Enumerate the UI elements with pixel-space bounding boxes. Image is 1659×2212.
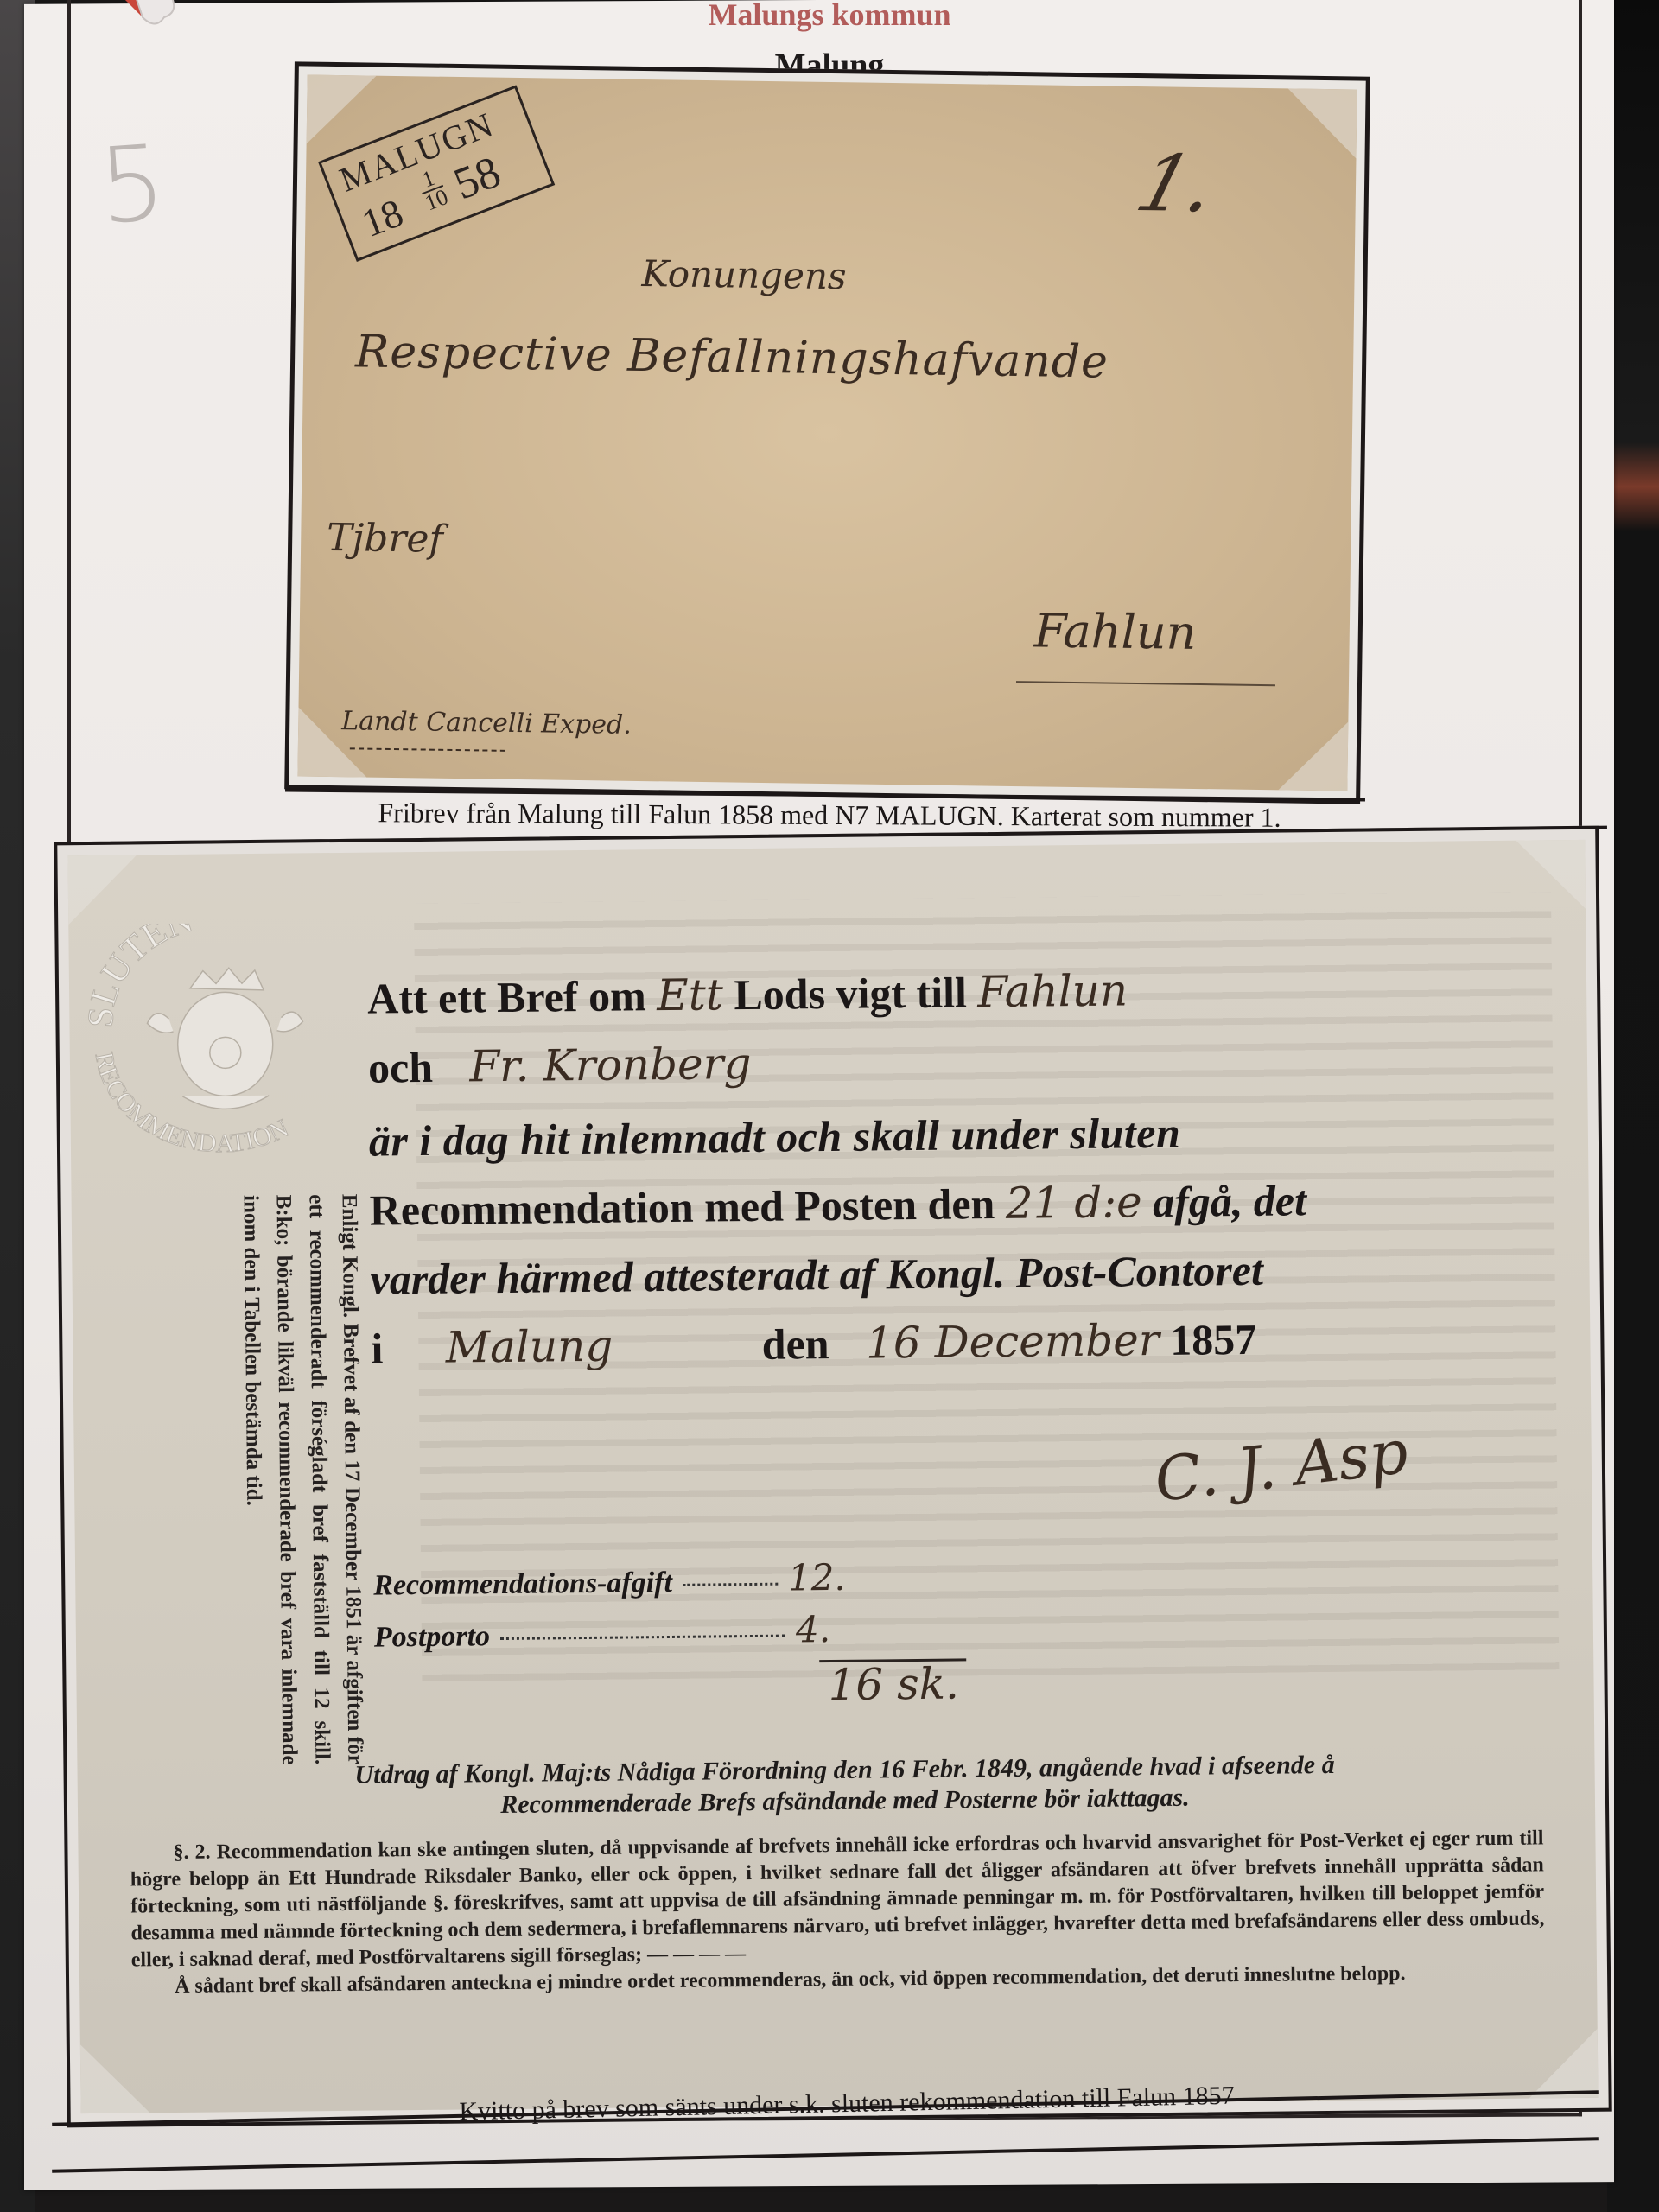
photo-corner [1278,721,1348,791]
form-line: är i dag hit inlemnadt och skall under s… [369,1108,1181,1166]
side-note-text: Enligt Kongl. Brefvet af den 17 December… [234,1194,372,1766]
extract-body: §. 2. Recommendation kan ske antingen sl… [130,1825,1545,2000]
handwritten-fill: Fr. Kronberg [469,1039,752,1091]
region-name: Malungs kommun [0,0,1659,33]
handwritten-fill: 21 d:e [1005,1177,1142,1229]
photo-corner [80,2044,150,2113]
background-right [1607,0,1659,2212]
handwritten-fill: 16 December [866,1315,1160,1369]
cover-mount: MALUGN 18 1 10 58 1. Konungens Respectiv… [284,61,1370,804]
photo-corner [67,855,137,925]
emboss-top-text: SLUTEN [86,922,198,1029]
photo-corner [1287,88,1357,158]
handwritten-fill: Malung [446,1321,613,1373]
embossed-seal-icon: SLUTEN RECOMMENDATION [86,922,356,1166]
underline [350,742,505,752]
cover-caption: Fribrev från Malung till Falun 1858 med … [294,797,1365,834]
extract-paragraph: §. 2. Recommendation kan ske antingen sl… [130,1825,1545,1974]
handwritten-annotation: Tjbref [327,516,443,562]
postmark: MALUGN 18 1 10 58 [318,85,555,262]
svg-text:SLUTEN: SLUTEN [86,922,198,1029]
fee-row: Postporto4. [374,1608,831,1656]
receipt-document: SLUTEN RECOMMENDATION Enligt Kongl. Bref… [67,840,1598,2113]
handwritten-destination: Fahlun [1033,603,1196,660]
handwritten-address-line: Konungens [641,252,847,297]
receipt-mount: SLUTEN RECOMMENDATION Enligt Kongl. Bref… [54,826,1611,2128]
underline [1016,681,1275,686]
handwritten-fill: Ett [657,969,723,1020]
handwritten-address-line: Respective Befallningshafvande [355,326,1109,388]
fee-total: 16 sk. [828,1658,959,1710]
fee-amount: 4. [796,1608,831,1650]
photo-corner [307,75,377,145]
fee-amount: 12. [788,1556,846,1599]
fee-label: Postporto [374,1620,491,1653]
handwritten-fill: Fahlun [977,965,1128,1017]
handwritten-sender: Landt Cancelli Exped. [341,706,632,741]
form-line: Att ett Bref om Ett Lods vigt till Fahlu… [367,965,1128,1023]
handwritten-mark: 1. [1127,138,1226,230]
postmark-date: 1 10 [415,166,451,214]
envelope: MALUGN 18 1 10 58 1. Konungens Respectiv… [297,75,1357,791]
postmark-year-prefix: 18 [356,189,410,246]
side-note: Enligt Kongl. Brefvet af den 17 December… [193,1194,372,1766]
form-line: i Malung den 16 December 1857 [371,1314,1256,1374]
form-line: och Fr. Kronberg [368,1039,752,1093]
form-line: Recommendation med Posten den 21 d:e afg… [369,1175,1306,1235]
pencil-page-number: 5 [95,124,169,248]
form-line: varder härmed attesteradt af Kongl. Post… [370,1245,1263,1305]
fee-row: Recommendations-afgift12. [373,1556,846,1604]
photo-corner [1529,2029,1599,2099]
fee-label: Recommendations-afgift [373,1567,672,1602]
